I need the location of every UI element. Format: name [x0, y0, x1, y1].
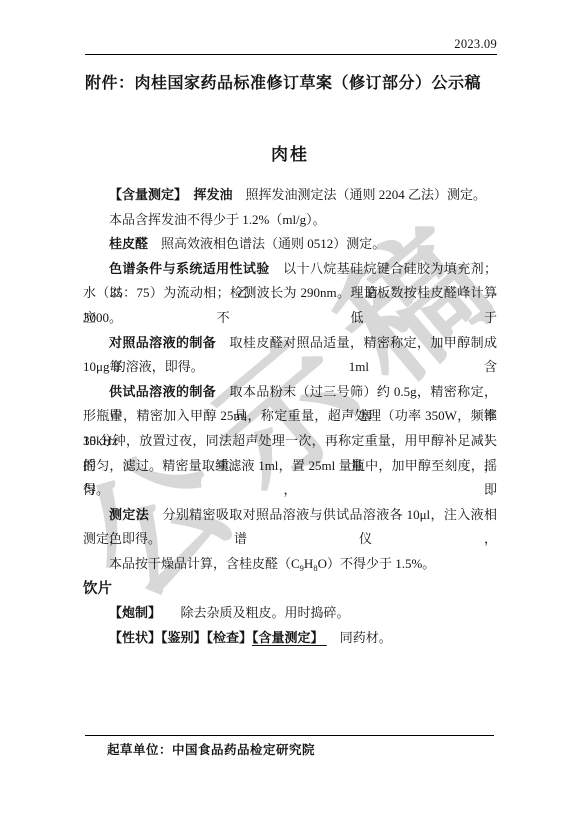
header-date: 2023.09 [454, 37, 497, 52]
text-segment: 测定，即得。 [83, 531, 161, 546]
text-segment: 照挥发油测定法（通则 2204 乙法）测定。 [233, 187, 487, 202]
text-segment: 摇匀，滤过。精密量取续滤液 1ml，置 25ml 量瓶中，加甲醇至刻度，摇匀，即 [83, 458, 497, 498]
body-line: 【含量测定】 挥发油 照挥发油测定法（通则 2204 乙法）测定。 [83, 183, 497, 208]
document-page: 公示稿 2023.09 附件：肉桂国家药品标准修订草案（修订部分）公示稿 肉桂 … [0, 0, 583, 823]
body-line: 测定法 分别精密吸取对照品溶液与供试品溶液各 10μl，注入液相色谱仪， [83, 503, 497, 528]
body-line: 10 分钟，放置过夜，同法超声处理一次，再称定重量，用甲醇补足减失的重量， [83, 429, 497, 454]
text-segment: 饮片 [83, 581, 112, 597]
text-segment: 除去杂质及粗皮。用时捣碎。 [155, 605, 350, 620]
header-rule [85, 54, 497, 55]
text-segment: 得。 [83, 482, 109, 497]
body-line: 对照品溶液的制备 取桂皮醛对照品适量，精密称定，加甲醇制成每 1ml 含 [83, 331, 497, 356]
text-segment: 本品含挥发油不得少于 1.2%（ml/g）。 [109, 212, 326, 227]
body-lines: 【含量测定】 挥发油 照挥发油测定法（通则 2204 乙法）测定。本品含挥发油不… [83, 183, 497, 650]
text-segment: H [304, 556, 313, 571]
text-segment: 【含量测定】 [109, 187, 181, 202]
body-line: 水（35：75）为流动相；检测波长为 290nm。理论板数按桂皮醛峰计算应不低于 [83, 281, 497, 306]
footer-rule [85, 735, 494, 736]
text-segment: 照高效液相色谱法（通则 0512）测定。 [148, 236, 385, 251]
text-segment: 3000。 [83, 310, 122, 325]
body-line: 【性状】【鉴别】【检查】【含量测定】 同药材。 [83, 626, 497, 651]
text-segment: 【含量测定】 [252, 630, 327, 645]
body-line: 桂皮醛 照高效液相色谱法（通则 0512）测定。 [83, 232, 497, 257]
text-segment: 本品按干燥品计算，含桂皮醛（C [109, 556, 300, 571]
text-segment: 10μg 的溶液，即得。 [83, 359, 204, 374]
body-line: 【炮制】 除去杂质及粗皮。用时捣碎。 [83, 601, 497, 626]
text-segment: 同药材。 [327, 630, 392, 645]
section-heading-line: 饮片 [83, 577, 497, 602]
text-segment: 测定法 [109, 507, 149, 522]
text-segment: 水（35：75）为流动相；检测波长为 290nm。理论板数按桂皮醛峰计算应不低于 [83, 285, 497, 325]
text-segment: 供试品溶液的制备 [109, 384, 216, 399]
text-segment: O）不得少于 1.5%。 [318, 556, 436, 571]
text-segment: 挥发油 [194, 187, 233, 202]
body-line: 形瓶中，精密加入甲醇 25ml，称定重量，超声处理（功率 350W，频率 35k… [83, 404, 497, 429]
text-segment: 桂皮醛 [109, 236, 148, 251]
footer-drafting-unit: 起草单位：中国食品药品检定研究院 [107, 740, 315, 758]
page-content: 2023.09 附件：肉桂国家药品标准修订草案（修订部分）公示稿 肉桂 【含量测… [0, 0, 583, 823]
text-segment: 分别精密吸取对照品溶液与供试品溶液各 10μl，注入液相色谱仪， [109, 507, 497, 547]
text-segment: 【性状】【鉴别】【检查】 [109, 630, 252, 645]
body-line: 供试品溶液的制备 取本品粉末（过三号筛）约 0.5g，精密称定，置具塞锥 [83, 380, 497, 405]
text-segment [181, 187, 194, 202]
body-line: 色谱条件与系统适用性试验 以十八烷基硅烷键合硅胶为填充剂；以乙腈- [83, 257, 497, 282]
body-line: 本品含挥发油不得少于 1.2%（ml/g）。 [83, 208, 497, 233]
body-line: 本品按干燥品计算，含桂皮醛（C9H8O）不得少于 1.5%。 [83, 552, 497, 577]
document-title: 肉桂 [83, 140, 497, 165]
body-line: 摇匀，滤过。精密量取续滤液 1ml，置 25ml 量瓶中，加甲醇至刻度，摇匀，即 [83, 454, 497, 479]
text-segment: 色谱条件与系统适用性试验 [109, 261, 270, 276]
text-segment: 【炮制】 [109, 605, 155, 620]
attachment-heading: 附件：肉桂国家药品标准修订草案（修订部分）公示稿 [85, 70, 515, 93]
text-segment: 对照品溶液的制备 [109, 335, 216, 350]
